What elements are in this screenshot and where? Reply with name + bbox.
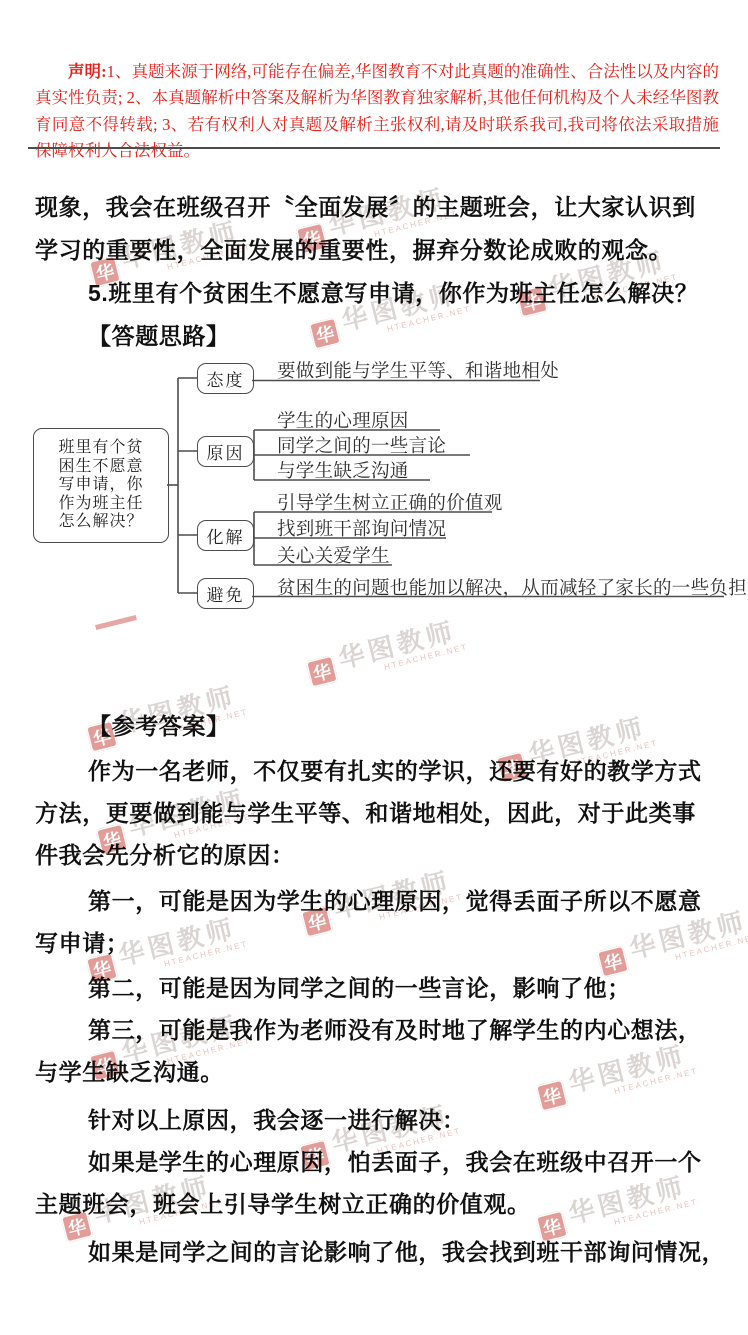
answer-header: 【参考答案】 (35, 705, 745, 747)
disclaimer-label: 声明: (68, 62, 107, 81)
question-title: 5.班里有个贫困生不愿意写申请，你作为班主任怎么解决？ (35, 272, 745, 315)
mindmap-root-text: 班里有个贫困生不愿意写申请，你作为班主任怎么解决？ (58, 439, 145, 532)
mindmap-item: 贫困生的问题也能加以解决，从而减轻了家长的一些负担 (277, 574, 747, 600)
branch-label: 原因 (207, 439, 245, 464)
mindmap-branch-avoid: 避免 (197, 578, 254, 609)
answer-paragraph: 作为一名老师，不仅要有扎实的学识，还要有好的教学方式方法，更要做到能与学生平等、… (35, 750, 719, 876)
answer-paragraph: 第一，可能是因为学生的心理原因，觉得丢面子所以不愿意写申请； (35, 880, 719, 964)
mindmap-item: 要做到能与学生平等、和谐地相处 (277, 357, 559, 383)
answer-paragraph: 如果是学生的心理原因，怕丢面子，我会在班级中召开一个主题班会，班会上引导学生树立… (35, 1141, 719, 1225)
mindmap-item: 同学之间的一些言论 (277, 432, 446, 458)
mindmap-item: 学生的心理原因 (277, 407, 409, 433)
document-page: 声明:1、真题来源于网络,可能存在偏差,华图教育不对此真题的准确性、合法性以及内… (0, 0, 748, 1335)
answer-paragraph: 第二，可能是因为同学之间的一些言论，影响了他； (35, 967, 745, 1009)
watermark-domain: HTEACHER.NET (383, 642, 469, 672)
intro-paragraph: 现象，我会在班级召开〝全面发展〞的主题班会，让大家认识到学习的重要性，全面发展的… (35, 186, 719, 272)
mindmap-diagram: 班里有个贫困生不愿意写申请，你作为班主任怎么解决？ 态度 原因 化解 避免 要做… (0, 348, 748, 633)
section-divider (28, 147, 720, 149)
mindmap-item: 引导学生树立正确的价值观 (277, 489, 503, 515)
disclaimer-body: 1、真题来源于网络,可能存在偏差,华图教育不对此真题的准确性、合法性以及内容的真… (35, 62, 719, 161)
branch-label: 避免 (207, 581, 245, 606)
answer-paragraph: 如果是同学之间的言论影响了他，我会找到班干部询问情况， (35, 1231, 745, 1273)
mindmap-item: 与学生缺乏沟通 (277, 457, 409, 483)
mindmap-branch-reason: 原因 (197, 436, 254, 467)
mindmap-item: 关心关爱学生 (277, 542, 390, 568)
mindmap-item: 找到班干部询问情况 (277, 515, 446, 541)
branch-label: 化解 (207, 523, 245, 548)
answer-paragraph: 第三，可能是我作为老师没有及时地了解学生的内心想法，与学生缺乏沟通。 (35, 1009, 719, 1093)
huatu-logo-icon: 华 (306, 655, 339, 688)
answer-paragraph: 针对以上原因，我会逐一进行解决： (35, 1099, 745, 1141)
branch-label: 态度 (207, 366, 245, 391)
mindmap-branch-resolve: 化解 (197, 520, 254, 551)
mindmap-root-box: 班里有个贫困生不愿意写申请，你作为班主任怎么解决？ (33, 428, 169, 543)
mindmap-branch-attitude: 态度 (197, 363, 254, 394)
